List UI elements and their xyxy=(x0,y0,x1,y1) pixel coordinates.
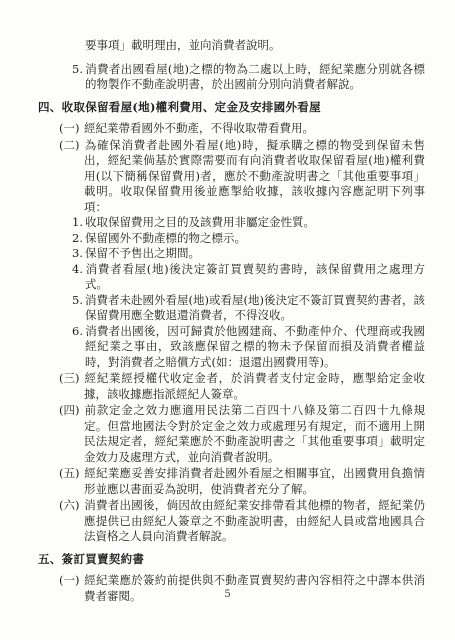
item-text: 保留國外不動產標的物之標示。 xyxy=(85,231,246,245)
clause-4-3: (三)經紀業經授權代收定金者，於消費者支付定金時，應掣給定金收據，該收據應指派經… xyxy=(59,371,425,402)
clause-4-4: (四)前款定金之效力應適用民法第二百四十八條及第二百四十九條規定。但當地國法令對… xyxy=(59,403,425,465)
item-label: 6. xyxy=(72,324,85,340)
item-label: (一) xyxy=(59,121,84,137)
item-text: 消費者未赴國外看屋(地)或看屋(地)後決定不簽訂買賣契約書者，該保留費用應全數退… xyxy=(85,293,425,323)
section-heading-5: 五、簽訂買賣契約書 xyxy=(38,552,425,568)
item-text: 收取保留費用之目的及該費用非屬定金性質。 xyxy=(85,215,315,229)
item-text: 消費者出國後，因可歸責於他國建商、不動產仲介、代理商或我國經紀業之事由，致該應保… xyxy=(85,324,425,369)
clause-4-6: (六)消費者出國後，倘因故由經紀業安排帶看其他標的物者，經紀業仍應提供已由經紀人… xyxy=(59,498,425,545)
item-text: 經紀業應妥善安排消費者赴國外看屋之相關事宜，出國費用負擔情形並應以書面妥為說明，… xyxy=(84,466,425,496)
item-label: 2. xyxy=(72,231,85,247)
receipt-item-5: 5.消費者未赴國外看屋(地)或看屋(地)後決定不簽訂買賣契約書者，該保留費用應全… xyxy=(72,293,425,324)
item-label: 1. xyxy=(72,215,85,231)
item-label: (四) xyxy=(59,403,84,419)
item-label: (三) xyxy=(59,371,84,387)
item-label: (六) xyxy=(59,498,84,514)
document-page: 要事項」載明理由，並向消費者說明。5.消費者出國看屋(地)之標的物為二處以上時，… xyxy=(0,0,455,640)
item-text: 經紀業帶看國外不動產，不得收取帶看費用。 xyxy=(84,121,314,135)
clause-4-1: (一)經紀業帶看國外不動產，不得收取帶看費用。 xyxy=(59,121,425,137)
item-label: 5. xyxy=(72,62,85,78)
page-number: 5 xyxy=(0,589,455,600)
item-label: 3. xyxy=(72,246,85,262)
paragraph-continuation: 要事項」載明理由，並向消費者說明。 xyxy=(85,38,425,54)
receipt-item-6: 6.消費者出國後，因可歸責於他國建商、不動產仲介、代理商或我國經紀業之事由，致該… xyxy=(72,324,425,371)
receipt-item-3: 3.保留不予售出之期間。 xyxy=(72,246,425,262)
item-label: (五) xyxy=(59,466,84,482)
item-text: 經紀業經授權代收定金者，於消費者支付定金時，應掣給定金收據，該收據應指派經紀人簽… xyxy=(84,371,425,401)
item-label: (一) xyxy=(59,573,84,589)
item-text: 消費者出國後，倘因故由經紀業安排帶看其他標的物者，經紀業仍應提供已由經紀人簽章之… xyxy=(84,498,425,543)
item-text: 消費者看屋(地)後決定簽訂買賣契約書時，該保留費用之處理方式。 xyxy=(85,262,425,292)
item-label: 4. xyxy=(72,262,85,278)
item-text: 前款定金之效力應適用民法第二百四十八條及第二百四十九條規定。但當地國法令對於定金… xyxy=(84,403,425,464)
item-text: 消費者出國看屋(地)之標的物為二處以上時，經紀業應分別就各標的物製作不動產說明書… xyxy=(85,62,425,92)
numbered-item-5: 5.消費者出國看屋(地)之標的物為二處以上時，經紀業應分別就各標的物製作不動產說… xyxy=(72,62,425,93)
receipt-item-4: 4.消費者看屋(地)後決定簽訂買賣契約書時，該保留費用之處理方式。 xyxy=(72,262,425,293)
item-label: (二) xyxy=(59,138,84,154)
document-body: 要事項」載明理由，並向消費者說明。5.消費者出國看屋(地)之標的物為二處以上時，… xyxy=(38,38,425,604)
item-text: 保留不予售出之期間。 xyxy=(85,246,200,260)
item-text: 為確保消費者赴國外看屋(地)時，擬承購之標的物受到保留未售出，經紀業倘基於實際需… xyxy=(84,138,425,214)
receipt-item-1: 1.收取保留費用之目的及該費用非屬定金性質。 xyxy=(72,215,425,231)
clause-4-5: (五)經紀業應妥善安排消費者赴國外看屋之相關事宜，出國費用負擔情形並應以書面妥為… xyxy=(59,466,425,497)
section-heading-4: 四、收取保留看屋(地)權利費用、定金及安排國外看屋 xyxy=(38,100,425,116)
receipt-item-2: 2.保留國外不動產標的物之標示。 xyxy=(72,231,425,247)
clause-4-2: (二)為確保消費者赴國外看屋(地)時，擬承購之標的物受到保留未售出，經紀業倘基於… xyxy=(59,138,425,216)
item-label: 5. xyxy=(72,293,85,309)
